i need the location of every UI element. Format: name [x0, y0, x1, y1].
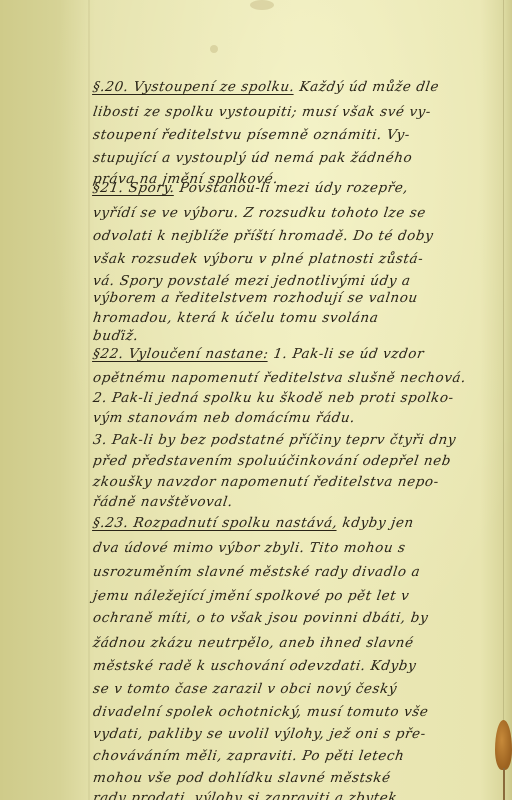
- text-line: mohou vše pod dohlídku slavné městské: [92, 770, 392, 786]
- section-heading: §21. Spory.: [92, 180, 176, 196]
- line-text: Každý úd může dle: [294, 79, 441, 95]
- text-line: usrozuměním slavné městské rady divadlo …: [92, 564, 421, 580]
- text-line: se v tomto čase zarazil v obci nový česk…: [92, 681, 398, 697]
- text-line: před představením spoluúčinkování odepře…: [92, 453, 452, 469]
- text-line: §21. Spory. Povstanou-li mezi údy rozepř…: [92, 180, 409, 196]
- text-line: chováváním měli, zapraviti. Po pěti lete…: [92, 748, 405, 764]
- handwritten-text-block: §.20. Vystoupení ze spolku. Každý úd můž…: [92, 0, 502, 800]
- text-line: jemu náležející jmění spolkové po pět le…: [92, 588, 410, 604]
- text-line: §.23. Rozpadnutí spolku nastává, kdyby j…: [92, 515, 415, 531]
- text-line: zkoušky navzdor napomenutí ředitelstva n…: [92, 474, 440, 490]
- text-line: vydati, pakliby se uvolil výlohy, jež on…: [92, 726, 427, 742]
- line-text: 1. Pak-li se úd vzdor: [268, 346, 426, 362]
- text-line: 2. Pak-li jedná spolku ku škodě neb prot…: [92, 390, 455, 406]
- text-line: vyřídí se ve výboru. Z rozsudku tohoto l…: [92, 205, 427, 221]
- text-line: §22. Vyloučení nastane: 1. Pak-li se úd …: [92, 346, 425, 362]
- text-line: vá. Spory povstalé mezi jednotlivými údy…: [92, 273, 412, 289]
- text-line: ochraně míti, o to však jsou povinni dbá…: [92, 610, 429, 626]
- section-heading: §.23. Rozpadnutí spolku nastává,: [92, 515, 339, 531]
- text-line: divadelní spolek ochotnický, musí tomuto…: [92, 704, 430, 720]
- text-line: libosti ze spolku vystoupiti; musí však …: [92, 104, 432, 120]
- text-line: §.20. Vystoupení ze spolku. Každý úd můž…: [92, 79, 440, 95]
- text-line: stoupení ředitelstvu písemně oznámiti. V…: [92, 127, 411, 143]
- line-text: Povstanou-li mezi údy rozepře,: [174, 180, 410, 196]
- pressed-leaf-stem: [503, 768, 505, 800]
- text-line: 3. Pak-li by bez podstatné příčiny teprv…: [92, 432, 457, 448]
- page-margin-edge: [88, 0, 90, 800]
- text-line: hromadou, která k účelu tomu svolána: [92, 310, 380, 326]
- text-line: buďiž.: [92, 328, 140, 344]
- text-line: městské radě k uschování odevzdati. Kdyb…: [92, 658, 417, 674]
- page-fold-line: [503, 0, 504, 800]
- section-heading: §22. Vyloučení nastane:: [92, 346, 270, 362]
- text-line: však rozsudek výboru v plné platnosti zů…: [92, 251, 424, 267]
- section-heading: §.20. Vystoupení ze spolku.: [92, 79, 296, 95]
- text-line: stupující a vystouplý úd nemá pak žádnéh…: [92, 150, 413, 166]
- text-line: žádnou zkázu neutrpělo, aneb ihned slavn…: [92, 635, 415, 651]
- text-line: vým stanovám neb domácímu řádu.: [92, 410, 356, 426]
- line-text: kdyby jen: [336, 515, 414, 531]
- text-line: řádně navštěvoval.: [92, 494, 234, 510]
- text-line: výborem a ředitelstvem rozhodují se valn…: [92, 290, 419, 306]
- text-line: odvolati k nejblíže příští hromadě. Do t…: [92, 228, 434, 244]
- text-line: opětnému napomenutí ředitelstva slušně n…: [92, 370, 467, 386]
- text-line: rady prodati, výlohy si zapraviti a zbyt…: [92, 790, 398, 800]
- text-line: dva údové mimo výbor zbyli. Tito mohou s: [92, 540, 407, 556]
